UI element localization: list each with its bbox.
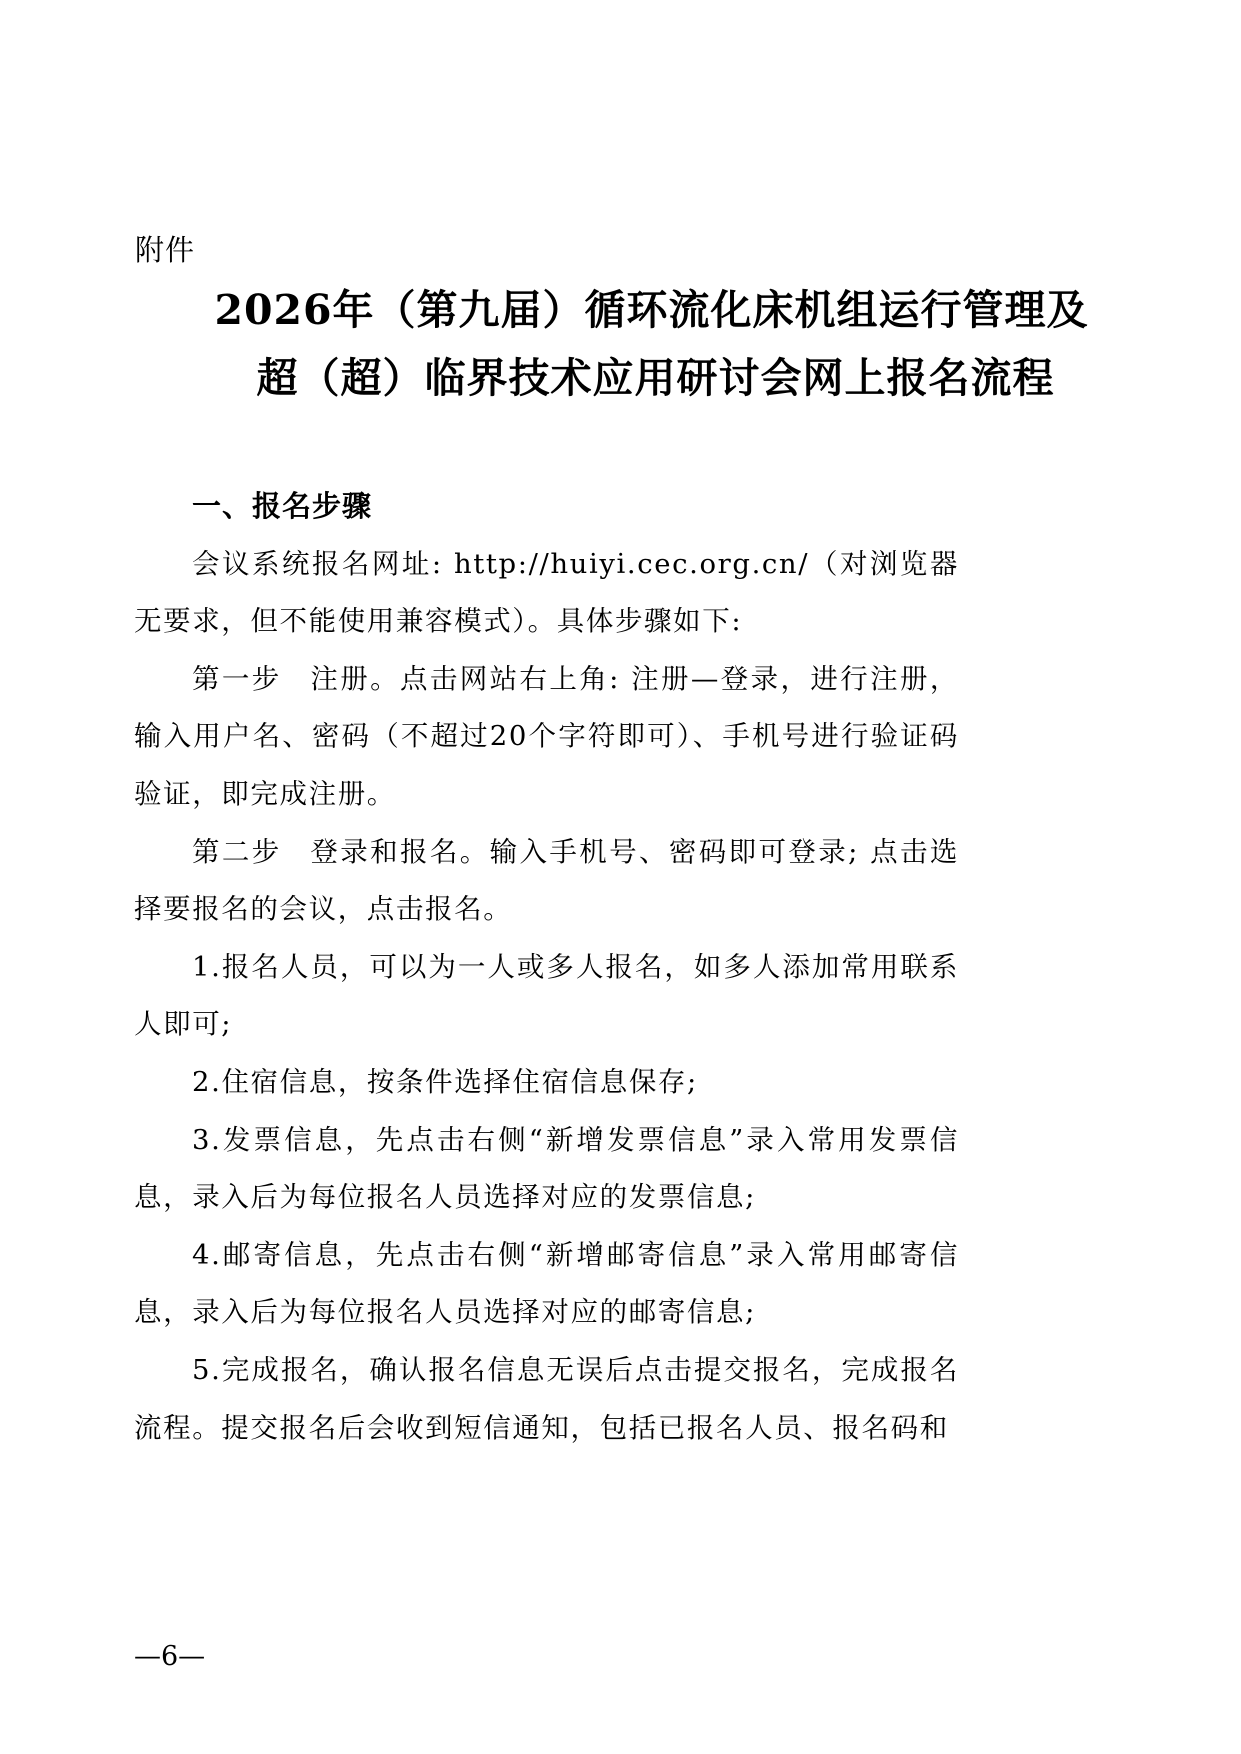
title-line-1: 2026年（第九届）循环流化床机组运行管理及	[0, 276, 1241, 344]
page-number: —6—	[134, 1640, 205, 1674]
step-1-label: 第一步	[192, 663, 282, 695]
list-item-1: 1.报名人员，可以为一人或多人报名，如多人添加常用联系人即可;	[134, 939, 959, 1054]
document-body: 一、报名步骤 会议系统报名网址: http://huiyi.cec.org.cn…	[134, 478, 959, 1457]
list-item-2: 2.住宿信息，按条件选择住宿信息保存;	[134, 1054, 959, 1112]
document-page: 附件 2026年（第九届）循环流化床机组运行管理及 超（超）临界技术应用研讨会网…	[0, 0, 1241, 1754]
document-title: 2026年（第九届）循环流化床机组运行管理及 超（超）临界技术应用研讨会网上报名…	[0, 276, 1241, 412]
list-item-3: 3.发票信息，先点击右侧“新增发票信息”录入常用发票信息，录入后为每位报名人员选…	[134, 1112, 959, 1227]
attachment-label: 附件	[135, 232, 195, 268]
section-heading: 一、报名步骤	[134, 478, 959, 536]
step-1-paragraph: 第一步注册。点击网站右上角: 注册—登录，进行注册，输入用户名、密码（不超过20…	[134, 651, 959, 824]
title-line-2: 超（超）临界技术应用研讨会网上报名流程	[0, 344, 1241, 412]
step-2-paragraph: 第二步登录和报名。输入手机号、密码即可登录; 点击选择要报名的会议，点击报名。	[134, 824, 959, 939]
step-2-label: 第二步	[192, 836, 282, 868]
list-item-4: 4.邮寄信息，先点击右侧“新增邮寄信息”录入常用邮寄信息，录入后为每位报名人员选…	[134, 1227, 959, 1342]
intro-paragraph: 会议系统报名网址: http://huiyi.cec.org.cn/（对浏览器无…	[134, 536, 959, 651]
list-item-5: 5.完成报名，确认报名信息无误后点击提交报名，完成报名流程。提交报名后会收到短信…	[134, 1342, 959, 1457]
